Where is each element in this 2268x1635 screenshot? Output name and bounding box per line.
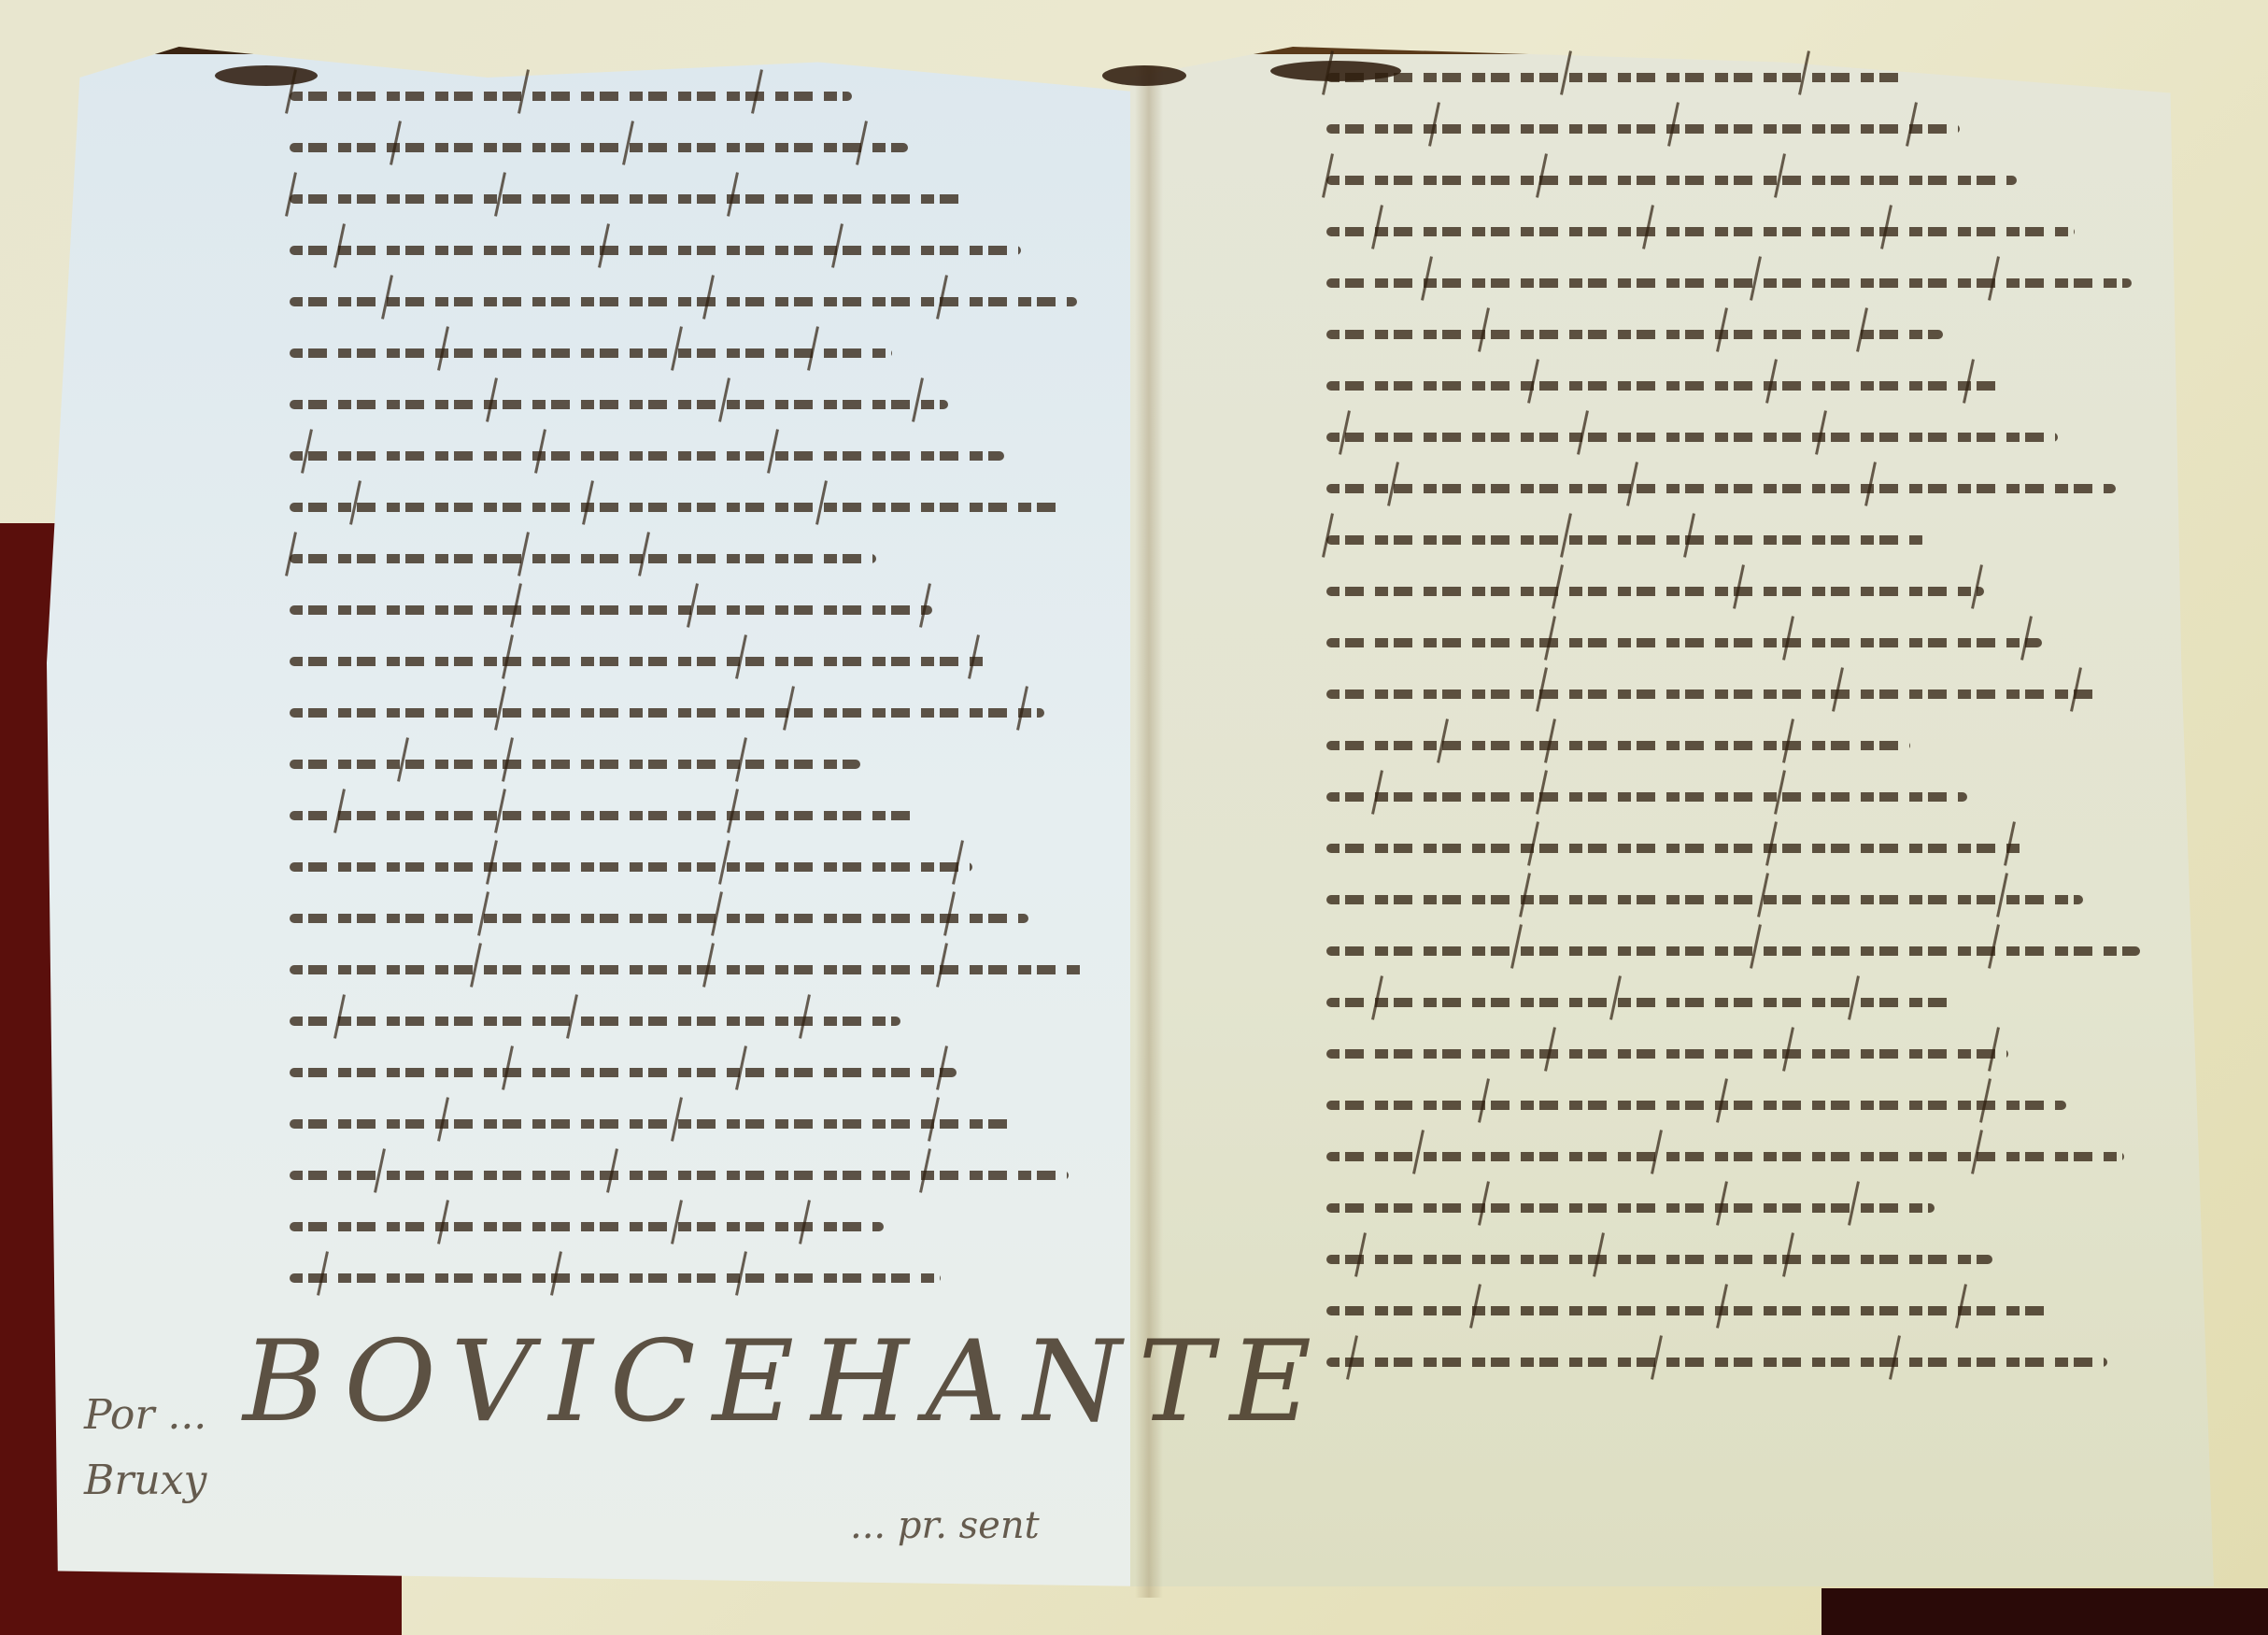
handwritten-line — [1326, 724, 2148, 767]
handwritten-line — [290, 332, 1093, 375]
handwritten-line — [290, 486, 1093, 529]
handwritten-line — [1326, 416, 2148, 459]
handwritten-line — [290, 75, 1093, 118]
main-signature: BOVICEHANTE — [243, 1317, 1177, 1504]
handwritten-line — [1326, 56, 2148, 99]
handwritten-line — [1326, 1135, 2148, 1178]
handwritten-line — [290, 537, 1093, 580]
handwritten-line — [290, 691, 1093, 734]
handwritten-line — [1326, 930, 2148, 973]
left-signature-mark: Por ... Bruxy — [84, 1383, 252, 1551]
signature-subscript: ... pr. sent — [850, 1504, 1130, 1560]
handwritten-line — [290, 178, 1093, 220]
handwritten-line — [1326, 673, 2148, 716]
handwritten-line — [1326, 1187, 2148, 1230]
handwritten-line — [290, 1051, 1093, 1094]
handwritten-line — [290, 1102, 1093, 1145]
handwritten-line — [290, 1205, 1093, 1248]
left-page-handwriting — [290, 75, 1093, 1308]
handwritten-line — [1326, 519, 2148, 562]
handwritten-line — [1326, 827, 2148, 870]
handwritten-line — [1326, 313, 2148, 356]
handwritten-line — [1326, 981, 2148, 1024]
handwritten-line — [1326, 1238, 2148, 1281]
handwritten-line — [290, 846, 1093, 889]
handwritten-line — [290, 897, 1093, 940]
handwritten-line — [290, 383, 1093, 426]
handwritten-line — [1326, 364, 2148, 407]
burn-mark — [1102, 65, 1186, 86]
handwritten-line — [290, 794, 1093, 837]
handwritten-line — [1326, 467, 2148, 510]
handwritten-line — [1326, 107, 2148, 150]
handwritten-line — [1326, 210, 2148, 253]
handwritten-line — [290, 434, 1093, 477]
handwritten-line — [1326, 159, 2148, 202]
handwritten-line — [290, 640, 1093, 683]
handwritten-line — [290, 126, 1093, 169]
handwritten-line — [1326, 621, 2148, 664]
right-page-handwriting — [1326, 56, 2148, 1392]
handwritten-line — [290, 589, 1093, 632]
handwritten-line — [1326, 1032, 2148, 1075]
signature-block: Por ... Bruxy BOVICEHANTE ... pr. sent — [84, 1299, 1186, 1579]
handwritten-line — [1326, 878, 2148, 921]
handwritten-line — [1326, 1084, 2148, 1127]
handwritten-line — [290, 1000, 1093, 1043]
handwritten-line — [290, 743, 1093, 786]
handwritten-line — [1326, 1289, 2148, 1332]
handwritten-line — [290, 280, 1093, 323]
handwritten-line — [1326, 262, 2148, 305]
handwritten-line — [290, 229, 1093, 272]
handwritten-line — [290, 1154, 1093, 1197]
handwritten-line — [1326, 775, 2148, 818]
handwritten-line — [1326, 570, 2148, 613]
handwritten-line — [1326, 1341, 2148, 1384]
handwritten-line — [290, 948, 1093, 991]
handwritten-line — [290, 1257, 1093, 1300]
